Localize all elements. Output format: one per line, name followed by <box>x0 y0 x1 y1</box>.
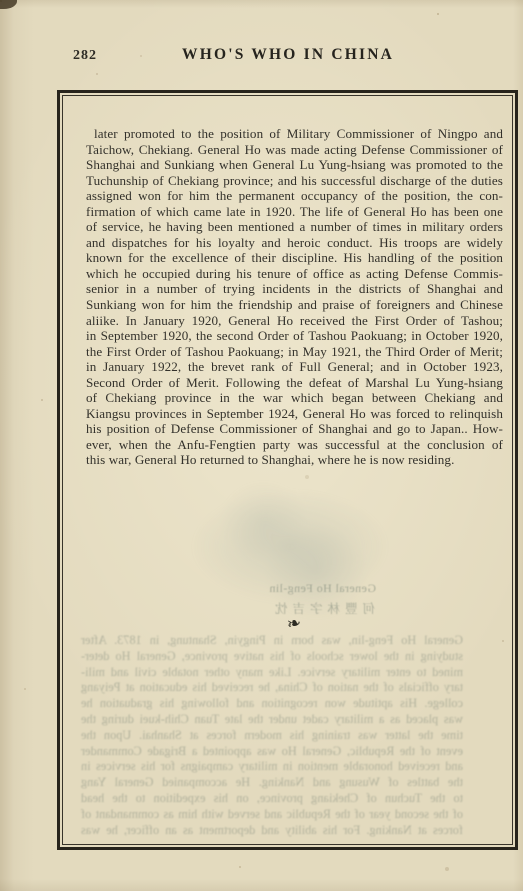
text-line: known for the excellence of their discip… <box>86 250 503 266</box>
show-through-line: mined to enter military service. Like ma… <box>81 665 463 681</box>
text-line: in September 1920, the second Order of T… <box>86 328 503 344</box>
show-through-line: forces at Nanking. For his ability and d… <box>81 823 463 839</box>
text-line: the First Order of Tashou Paokuang; in M… <box>86 344 503 360</box>
show-through-line: the battles of Wusung and Nanking. He ac… <box>81 775 463 791</box>
show-through-line: General Ho Feng-lin, was born in Pingyin… <box>81 633 463 649</box>
double-rule-frame: later promoted to the position of Milita… <box>57 90 518 850</box>
biography-paragraph: later promoted to the position of Milita… <box>86 126 503 468</box>
text-line: Sunkiang won for him the friendship and … <box>86 297 503 313</box>
show-through-paragraph: General Ho Feng-lin, was born in Pingyin… <box>81 633 463 838</box>
page-corner-stain <box>0 0 17 9</box>
show-through-line: and received honorable mention in milita… <box>81 759 463 775</box>
running-header: 282 WHO'S WHO IN CHINA <box>57 46 519 68</box>
text-line: of Chekiang province in the war which be… <box>86 390 503 406</box>
show-through-line: was placed as a military cadet under the… <box>81 712 463 728</box>
show-through-line: to the Tuchun of Chekiang province, on h… <box>81 791 463 807</box>
text-line: firmation of which came late in 1920. Th… <box>86 204 503 220</box>
show-through-line: studying in the lower schools of his nat… <box>81 649 463 665</box>
show-through-caption: General Ho Feng-lin <box>155 581 490 596</box>
text-line: aliike. In January 1920, General Ho rece… <box>86 313 503 329</box>
show-through-line: tary officials of the nation of China, h… <box>81 680 463 696</box>
text-line: ever, when the Anfu-Fengtien party was s… <box>86 437 503 453</box>
text-line: Tuchunship of Chekiang province; and his… <box>86 173 503 189</box>
text-line: in January 1922, the brevet rank of Full… <box>86 359 503 375</box>
text-line: Shanghai and Sunkiang when General Lu Yu… <box>86 157 503 173</box>
text-line: assigned won for him the permanent occup… <box>86 188 503 204</box>
show-through-line: event of the Republic, General Ho was ap… <box>81 744 463 760</box>
show-through-chinese-name: 何豐林字吉忱 <box>155 599 490 617</box>
show-through-line: college. His aptitude won recognition an… <box>81 696 463 712</box>
text-line: senior in a number of trying incidents i… <box>86 281 503 297</box>
text-line: which he occupied during his tenure of o… <box>86 266 503 282</box>
show-through-line: time the latter was training his modern … <box>81 728 463 744</box>
show-through-caption-block: General Ho Feng-lin 何豐林字吉忱 <box>155 581 490 617</box>
text-line: Taichow, Chekiang. General Ho was made a… <box>86 142 503 158</box>
text-line: of service, he having been mentioned a n… <box>86 219 503 235</box>
text-line: and dispatches for his loyalty and heroi… <box>86 235 503 251</box>
book-page: 282 WHO'S WHO IN CHINA later promoted to… <box>0 0 523 891</box>
show-through-line: of the second year of the Republic and s… <box>81 807 463 823</box>
text-line: later promoted to the position of Milita… <box>86 126 503 142</box>
text-line: Kiangsu provinces in September 1924, Gen… <box>86 406 503 422</box>
text-line: his position of Defense Commissioner of … <box>86 421 503 437</box>
text-line: Second Order of Merit. Following the def… <box>86 375 503 391</box>
running-title: WHO'S WHO IN CHINA <box>57 46 519 64</box>
